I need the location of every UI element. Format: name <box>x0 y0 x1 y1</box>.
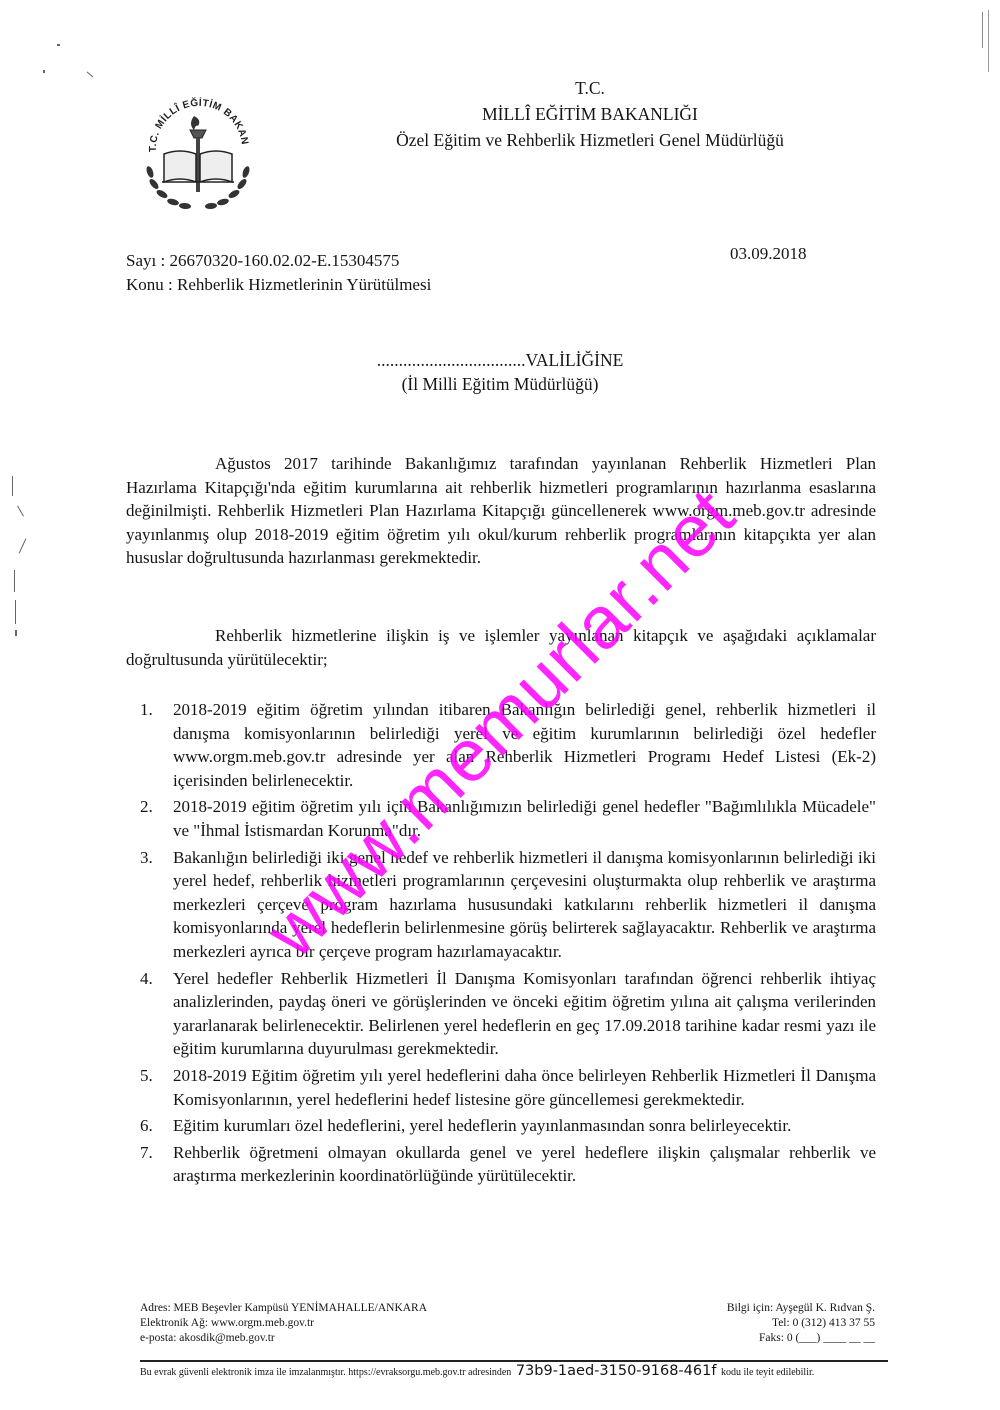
scan-speck <box>988 10 989 72</box>
instruction-list: 1.2018-2019 eğitim öğretim yılından itib… <box>140 698 876 1191</box>
scan-speck <box>87 72 94 78</box>
konu-label: Konu <box>126 275 164 294</box>
header-ministry: MİLLÎ EĞİTİM BAKANLIĞI <box>290 104 890 125</box>
verify-prefix: Bu evrak güvenli elektronik imza ile imz… <box>140 1367 511 1378</box>
footer-divider <box>140 1360 888 1362</box>
verify-code: 73b9-1aed-3150-9168-461f <box>514 1363 719 1379</box>
list-item-text: 2018-2019 eğitim öğretim yılından itibar… <box>173 700 876 790</box>
document-date: 03.09.2018 <box>730 244 807 264</box>
list-item: 6.Eğitim kurumları özel hedeflerini, yer… <box>140 1114 876 1138</box>
list-item-text: Rehberlik öğretmeni olmayan okullarda ge… <box>173 1143 876 1186</box>
svg-text:T.C. MİLLÎ EĞİTİM BAKANLIĞI: T.C. MİLLÎ EĞİTİM BAKANLIĞI <box>128 82 250 152</box>
scan-speck <box>17 506 24 517</box>
list-item: 3.Bakanlığın belirlediği iki genel hedef… <box>140 846 876 964</box>
list-item-number: 4. <box>140 967 153 991</box>
sayi-label: Sayı <box>126 251 156 270</box>
footer-web: Elektronik Ağ: www.orgm.meb.gov.tr <box>140 1316 427 1331</box>
footer-address: Adres: MEB Beşevler Kampüsü YENİMAHALLE/… <box>140 1301 427 1316</box>
list-item-number: 7. <box>140 1141 153 1165</box>
document-subject: Konu : Rehberlik Hizmetlerinin Yürütülme… <box>126 275 431 295</box>
paragraph-text: Ağustos 2017 tarihinde Bakanlığımız tara… <box>126 454 876 567</box>
scan-speck <box>15 600 16 624</box>
header-department: Özel Eğitim ve Rehberlik Hizmetleri Gene… <box>290 130 890 151</box>
list-item-number: 5. <box>140 1064 153 1088</box>
list-item: 5.2018-2019 Eğitim öğretim yılı yerel he… <box>140 1064 876 1111</box>
konu-value: : Rehberlik Hizmetlerinin Yürütülmesi <box>168 275 431 294</box>
recipient-subline: (İl Milli Eğitim Müdürlüğü) <box>300 374 700 395</box>
list-item-number: 1. <box>140 698 153 722</box>
list-item-text: Eğitim kurumları özel hedeflerini, yerel… <box>173 1116 791 1135</box>
document-number: Sayı : 26670320-160.02.02-E.15304575 <box>126 251 399 271</box>
list-item: 4.Yerel hedefler Rehberlik Hizmetleri İl… <box>140 967 876 1061</box>
list-item-text: 2018-2019 eğitim öğretim yılı için Bakan… <box>173 797 876 840</box>
scan-speck <box>12 476 13 496</box>
list-item-number: 2. <box>140 795 153 819</box>
footer-fax: Faks: 0 (___) ____ __ __ <box>650 1331 875 1346</box>
recipient-line: ..................................VALİLİ… <box>300 350 700 371</box>
footer-email: e-posta: akosdik@meb.gov.tr <box>140 1331 427 1346</box>
scan-speck <box>43 70 45 73</box>
list-item: 2.2018-2019 eğitim öğretim yılı için Bak… <box>140 795 876 842</box>
footer-tel: Tel: 0 (312) 413 37 55 <box>650 1316 875 1331</box>
scan-speck <box>14 570 15 592</box>
ministry-logo: T.C. MİLLÎ EĞİTİM BAKANLIĞI <box>128 82 268 217</box>
list-item-text: 2018-2019 Eğitim öğretim yılı yerel hede… <box>173 1066 876 1109</box>
list-item-text: Yerel hedefler Rehberlik Hizmetleri İl D… <box>173 969 876 1059</box>
footer-info-contact: Bilgi için: Ayşegül K. Rıdvan Ş. <box>650 1301 875 1316</box>
footer-contact: Adres: MEB Beşevler Kampüsü YENİMAHALLE/… <box>140 1301 427 1346</box>
list-item: 1.2018-2019 eğitim öğretim yılından itib… <box>140 698 876 792</box>
paragraph-text: Rehberlik hizmetlerine ilişkin iş ve işl… <box>126 626 876 669</box>
list-item-number: 6. <box>140 1114 153 1138</box>
scan-speck <box>57 44 60 46</box>
scan-speck <box>15 630 17 636</box>
e-signature-note: Bu evrak güvenli elektronik imza ile imz… <box>140 1364 900 1380</box>
body-paragraph-1: Ağustos 2017 tarihinde Bakanlığımız tara… <box>126 452 876 570</box>
list-item-text: Bakanlığın belirlediği iki genel hedef v… <box>173 848 876 961</box>
scan-speck <box>19 539 27 554</box>
list-item-number: 3. <box>140 846 153 870</box>
body-paragraph-2: Rehberlik hizmetlerine ilişkin iş ve işl… <box>126 624 876 671</box>
footer-info: Bilgi için: Ayşegül K. Rıdvan Ş. Tel: 0 … <box>650 1301 875 1346</box>
ministry-seal-icon: T.C. MİLLÎ EĞİTİM BAKANLIĞI <box>128 82 268 217</box>
header-country: T.C. <box>290 78 890 99</box>
list-item: 7.Rehberlik öğretmeni olmayan okullarda … <box>140 1141 876 1188</box>
verify-suffix: kodu ile teyit edilebilir. <box>721 1367 814 1378</box>
sayi-value: : 26670320-160.02.02-E.15304575 <box>160 251 399 270</box>
scan-speck <box>982 12 983 48</box>
